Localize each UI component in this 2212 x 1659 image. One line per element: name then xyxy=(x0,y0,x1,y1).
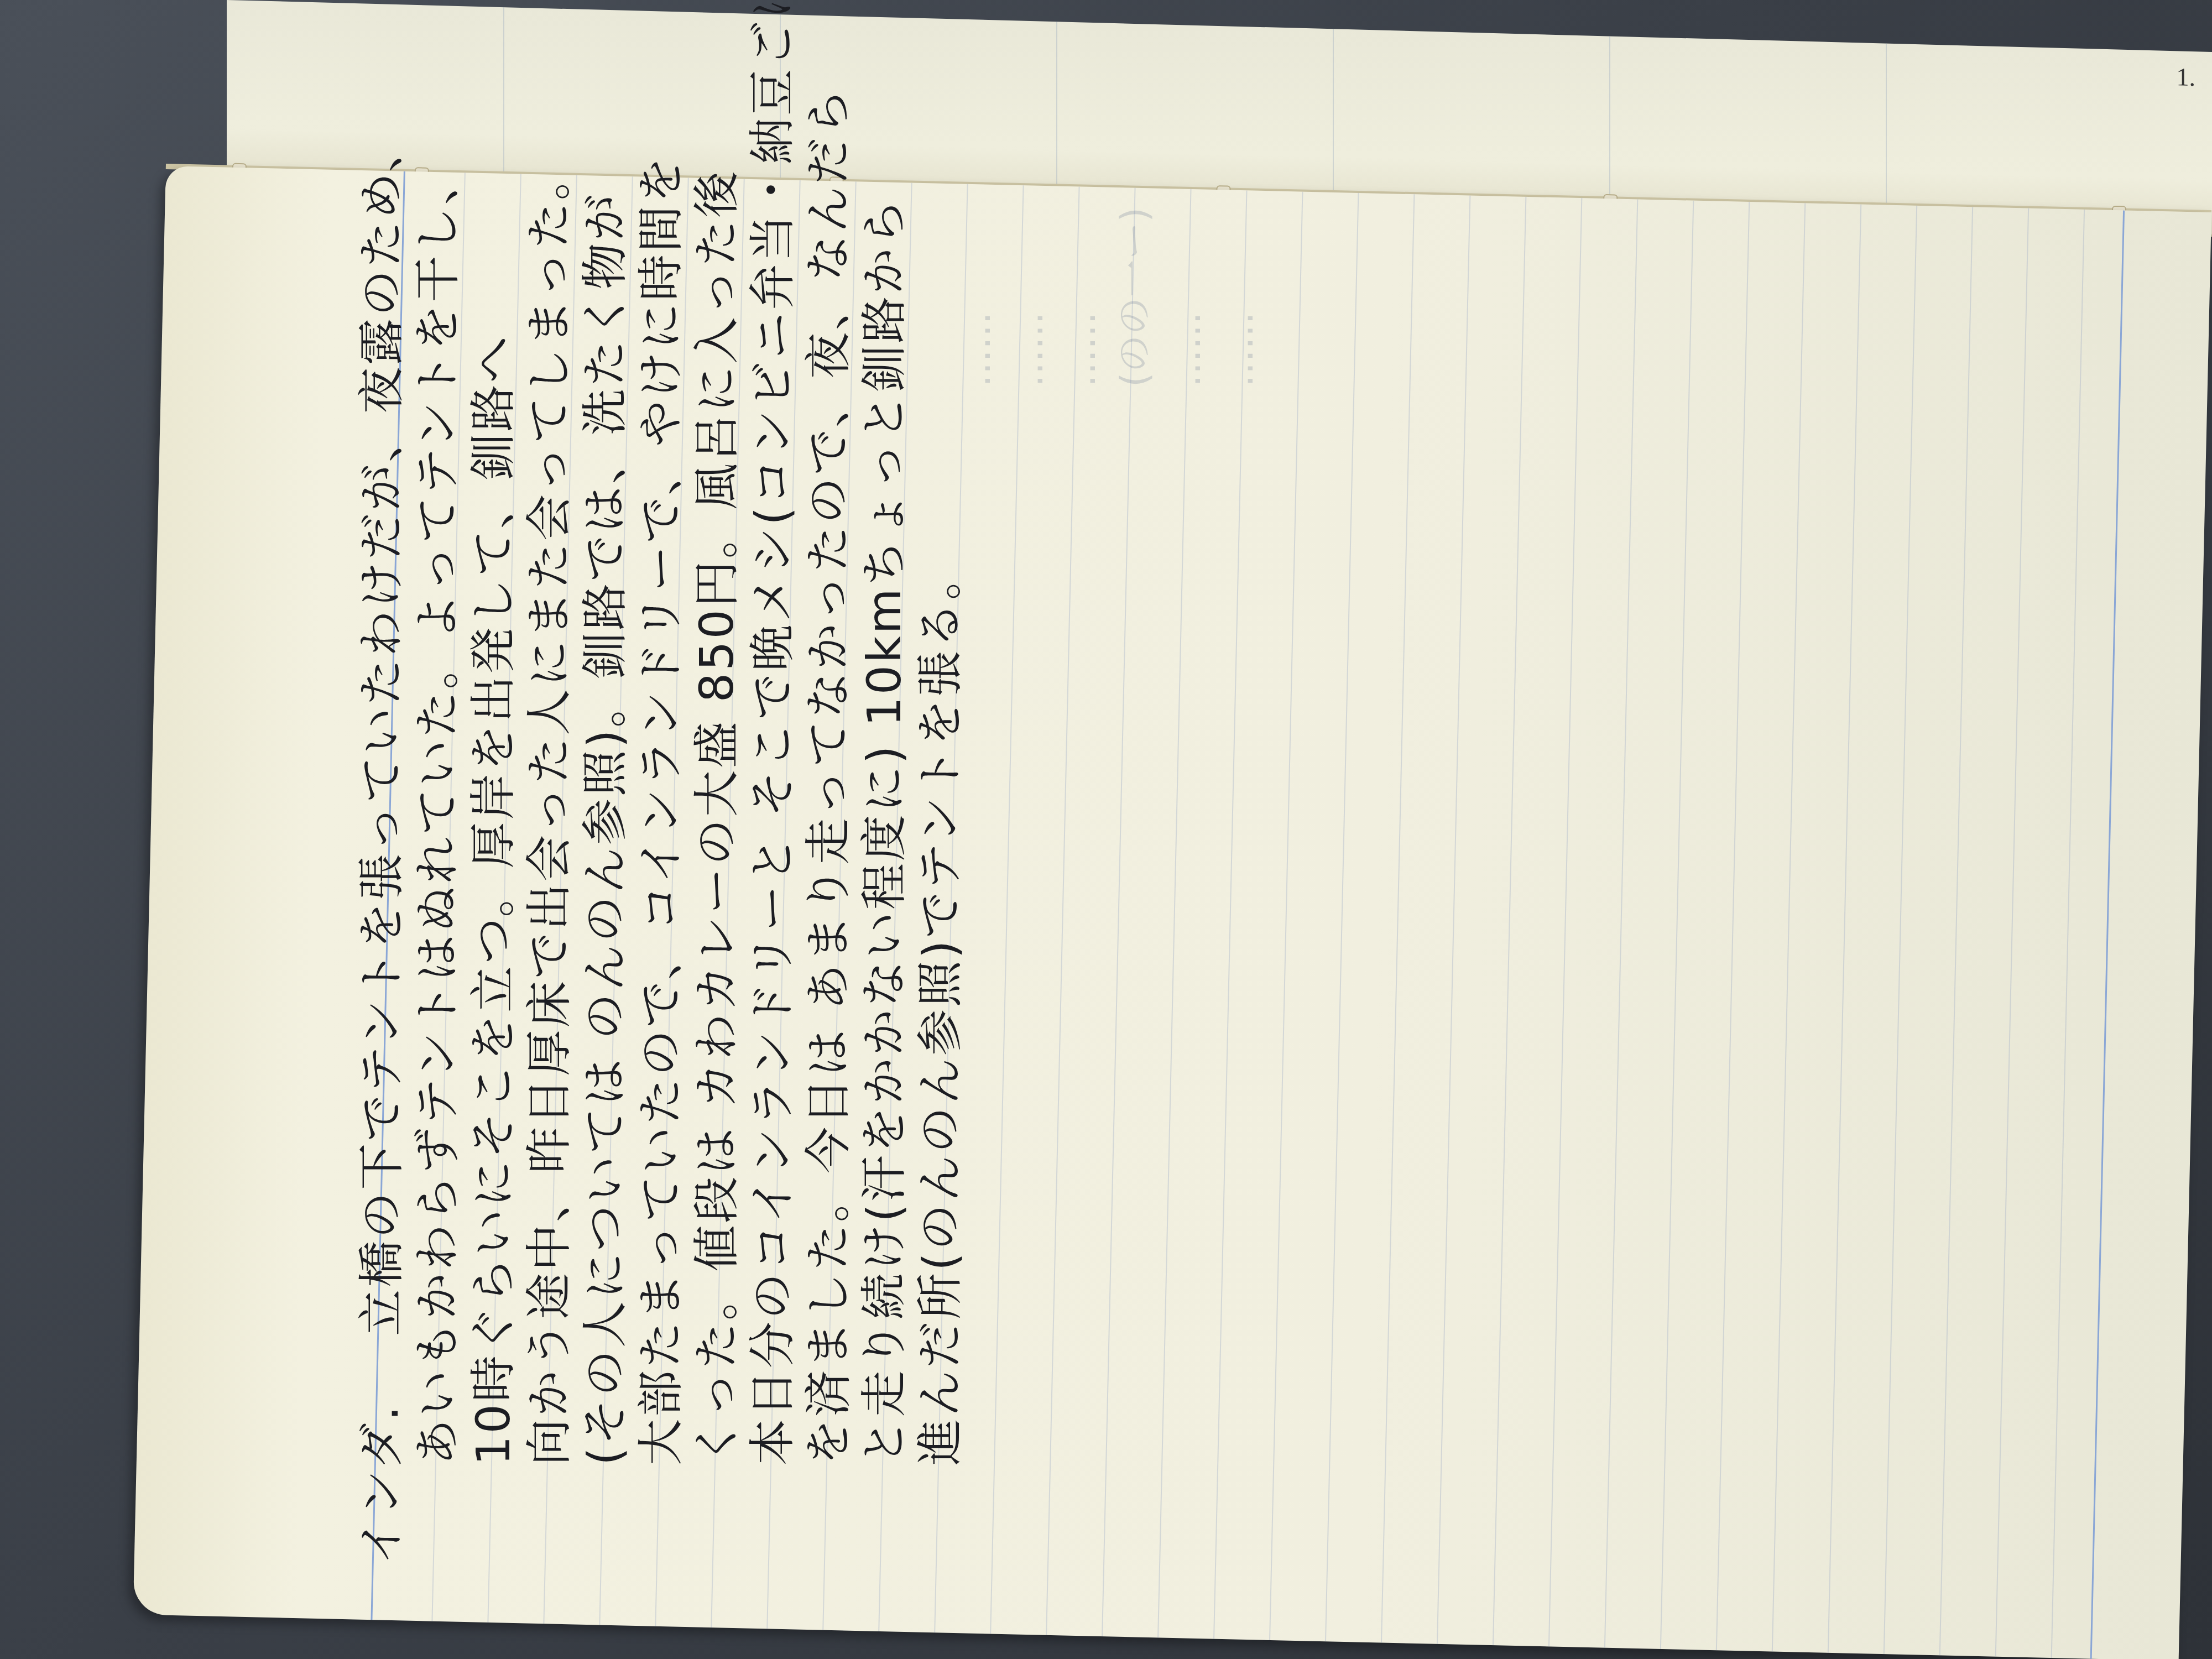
ruled-line xyxy=(1046,186,1079,1635)
entry-line-9: を済ました。今日は あまり走ってなかったので、夜、なんだら xyxy=(801,149,857,1565)
ruled-line xyxy=(1886,44,1887,226)
ruled-line xyxy=(1325,193,1359,1641)
show-through-line: …… xyxy=(1161,0,1214,387)
entry-line-8: 本日分のコインランドリーと そこで晩メシ(コンビニ弁当・納豆ごはん) xyxy=(745,149,801,1565)
entry-line-3: 10時ぐらいにそこを立つ。厚岸を出発して、釧路へ xyxy=(466,149,521,1565)
show-through-line: (のの一ー) xyxy=(1109,0,1161,387)
entry-line-6: 大部たまっていたので、コインランドリーで、やけに時間を xyxy=(633,149,689,1565)
entry-line-10: と走り続け(汗をかかない程度に) 10kmちょっと釧路から xyxy=(857,149,912,1565)
ruled-line xyxy=(1660,201,1694,1649)
ruled-line xyxy=(1995,208,2029,1656)
show-through-line: …… xyxy=(1004,0,1056,387)
diary-entry: インダ. 立橋の下でテントを張っていたわけだが、夜露のため、 あいもかわらずテン… xyxy=(354,149,968,1565)
ruled-line xyxy=(1609,36,1610,218)
ruled-line xyxy=(1381,194,1415,1642)
ruled-line xyxy=(1604,199,1638,1647)
entry-heading: インダ. xyxy=(354,1404,409,1565)
ruled-line xyxy=(1884,206,1917,1654)
entry-line-7: くった。値段は カわカレーの大盛 850円。風呂に入った後 xyxy=(689,149,745,1565)
ruled-line xyxy=(1939,207,1973,1655)
ruled-line xyxy=(1493,197,1526,1645)
entry-line-11: 進んだ所(のんのん参照)でテントを張る。 xyxy=(912,149,968,1565)
ruled-line xyxy=(1213,190,1247,1639)
reverse-side-show-through: …… …… …… (のの一ー) …… …… xyxy=(951,0,1266,387)
ruled-line xyxy=(1548,198,1582,1646)
entry-line-4: 向かう途中、昨日厚床で出会った人にまた会ってしまった。 xyxy=(521,149,577,1565)
ruled-line xyxy=(1437,195,1470,1644)
ruled-line xyxy=(1828,205,1861,1653)
ruled-line xyxy=(1102,188,1135,1636)
page-margin-line-right xyxy=(2090,210,2125,1658)
entry-line-5: (その人については のんのん参照)。釧路では、洗たく物が xyxy=(577,149,633,1565)
entry-line-1: インダ. 立橋の下でテントを張っていたわけだが、夜露のため、 xyxy=(354,149,410,1565)
ruled-line xyxy=(1333,29,1334,211)
ruled-line xyxy=(1716,202,1750,1650)
show-through-line: …… xyxy=(1056,0,1109,387)
ruled-line xyxy=(1157,189,1191,1637)
ruled-line xyxy=(1269,192,1303,1640)
entry-line-2: あいもかわらずテントはぬれていた。よってテントを干し、 xyxy=(410,149,466,1565)
ruled-line xyxy=(1772,203,1806,1651)
ruled-line xyxy=(2051,210,2085,1658)
show-through-line: …… xyxy=(1214,0,1266,387)
page-number-mark: 1. xyxy=(2177,62,2196,92)
ruled-line xyxy=(990,185,1024,1634)
entry-line-text: 立橋の下でテントを張っていたわけだが、夜露のため、 xyxy=(354,123,409,1335)
